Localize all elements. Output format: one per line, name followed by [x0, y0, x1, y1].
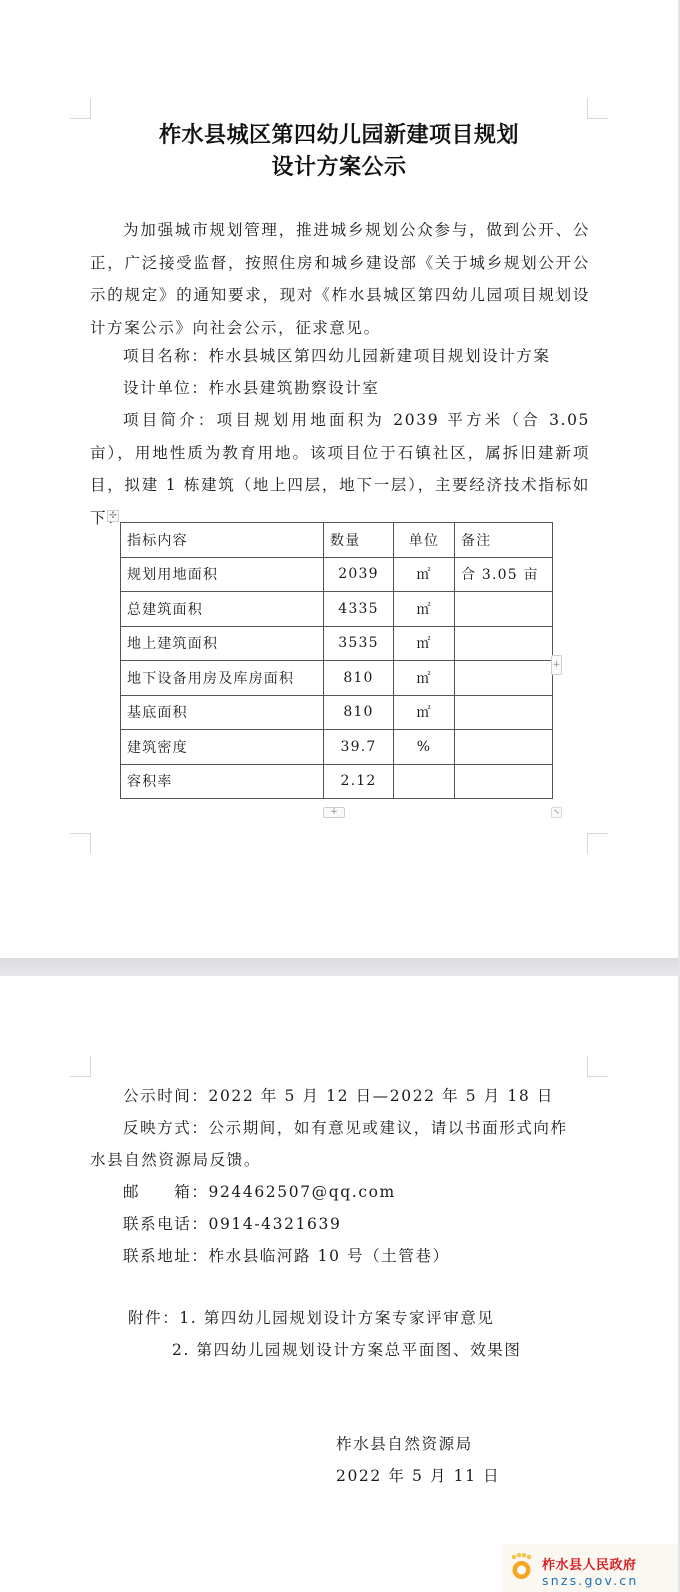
table-row: 基底面积 810 ㎡ — [121, 695, 553, 730]
table-row: 建筑密度 39.7 % — [121, 730, 553, 765]
margin-corner-marker — [587, 833, 608, 854]
table-header-row: 指标内容 数量 单位 备注 — [121, 523, 553, 558]
indicator-unit — [394, 764, 455, 799]
add-column-button[interactable]: + — [551, 655, 562, 675]
indicator-value: 2039 — [324, 557, 394, 592]
indicators-table: 指标内容 数量 单位 备注 规划用地面积 2039 ㎡ 合 3.05 亩 总建筑… — [120, 522, 553, 799]
indicator-note — [455, 730, 553, 765]
project-name: 项目名称：柞水县城区第四幼儿园新建项目规划设计方案 — [90, 340, 590, 373]
watermark-url: snzs.gov.cn — [542, 1573, 638, 1588]
table-row: 规划用地面积 2039 ㎡ 合 3.05 亩 — [121, 557, 553, 592]
indicator-name: 建筑密度 — [121, 730, 324, 765]
contact-email: 邮 箱：924462507@qq.com — [123, 1182, 396, 1202]
document-page-2: 公示时间：2022 年 5 月 12 日—2022 年 5 月 18 日 反映方… — [0, 976, 678, 1592]
indicator-name: 规划用地面积 — [121, 557, 324, 592]
indicator-name: 总建筑面积 — [121, 592, 324, 627]
margin-corner-marker — [70, 1056, 91, 1077]
add-row-button[interactable]: + — [323, 807, 345, 818]
watermark-title: 柞水县人民政府 — [542, 1554, 637, 1573]
indicator-unit: ㎡ — [394, 695, 455, 730]
margin-corner-marker — [70, 98, 91, 119]
document-title-line-1: 柞水县城区第四幼儿园新建项目规划 — [0, 118, 678, 149]
indicator-note — [455, 764, 553, 799]
indicator-note: 合 3.05 亩 — [455, 557, 553, 592]
header-cell: 数量 — [324, 523, 394, 558]
document-page-1: 柞水县城区第四幼儿园新建项目规划 设计方案公示 为加强城市规划管理，推进城乡规划… — [0, 0, 678, 958]
indicator-value: 4335 — [324, 592, 394, 627]
table-resize-handle-icon[interactable]: ⤡ — [551, 807, 562, 818]
project-summary: 项目简介：项目规划用地面积为 2039 平方米（合 3.05 亩），用地性质为教… — [90, 404, 590, 534]
header-cell: 单位 — [394, 523, 455, 558]
table-row: 容积率 2.12 — [121, 764, 553, 799]
indicators-table-container: 指标内容 数量 单位 备注 规划用地面积 2039 ㎡ 合 3.05 亩 总建筑… — [120, 522, 553, 799]
attachment-item-2: 2. 第四幼儿园规划设计方案总平面图、效果图 — [172, 1340, 521, 1360]
indicator-name: 地下设备用房及库房面积 — [121, 661, 324, 696]
indicator-note — [455, 661, 553, 696]
margin-corner-marker — [587, 98, 608, 119]
document-title-line-2: 设计方案公示 — [0, 150, 678, 181]
contact-phone: 联系电话：0914-4321639 — [123, 1214, 341, 1234]
indicator-unit: % — [394, 730, 455, 765]
indicator-value: 3535 — [324, 626, 394, 661]
attachment-item-1: 附件：1. 第四幼儿园规划设计方案专家评审意见 — [128, 1308, 495, 1328]
indicator-note — [455, 626, 553, 661]
signature-date: 2022 年 5 月 11 日 — [336, 1466, 500, 1486]
table-move-handle-icon[interactable]: ✣ — [107, 510, 119, 522]
margin-corner-marker — [70, 833, 91, 854]
publicity-time: 公示时间：2022 年 5 月 12 日—2022 年 5 月 18 日 — [123, 1086, 554, 1106]
site-watermark: 柞水县人民政府 snzs.gov.cn — [502, 1544, 678, 1592]
table-row: 地下设备用房及库房面积 810 ㎡ — [121, 661, 553, 696]
indicator-value: 810 — [324, 661, 394, 696]
indicator-unit: ㎡ — [394, 661, 455, 696]
feedback-method-line-2: 水县自然资源局反馈。 — [90, 1150, 261, 1170]
indicator-value: 810 — [324, 695, 394, 730]
page-break-separator — [0, 958, 678, 976]
signature-organization: 柞水县自然资源局 — [336, 1434, 473, 1454]
header-cell: 备注 — [455, 523, 553, 558]
contact-address: 联系地址：柞水县临河路 10 号（土管巷） — [123, 1246, 450, 1266]
indicator-unit: ㎡ — [394, 592, 455, 627]
indicator-name: 容积率 — [121, 764, 324, 799]
design-unit: 设计单位：柞水县建筑勘察设计室 — [90, 372, 590, 405]
indicator-value: 2.12 — [324, 764, 394, 799]
table-row: 总建筑面积 4335 ㎡ — [121, 592, 553, 627]
margin-corner-marker — [587, 1056, 608, 1077]
table-row: 地上建筑面积 3535 ㎡ — [121, 626, 553, 661]
indicator-note — [455, 592, 553, 627]
indicator-name: 地上建筑面积 — [121, 626, 324, 661]
indicator-value: 39.7 — [324, 730, 394, 765]
intro-paragraph: 为加强城市规划管理，推进城乡规划公众参与，做到公开、公正，广泛接受监督，按照住房… — [90, 214, 590, 344]
indicator-name: 基底面积 — [121, 695, 324, 730]
indicator-note — [455, 695, 553, 730]
indicator-unit: ㎡ — [394, 557, 455, 592]
government-logo-icon — [508, 1552, 534, 1582]
feedback-method-line-1: 反映方式：公示期间，如有意见或建议，请以书面形式向柞 — [123, 1118, 568, 1138]
header-cell: 指标内容 — [121, 523, 324, 558]
indicator-unit: ㎡ — [394, 626, 455, 661]
